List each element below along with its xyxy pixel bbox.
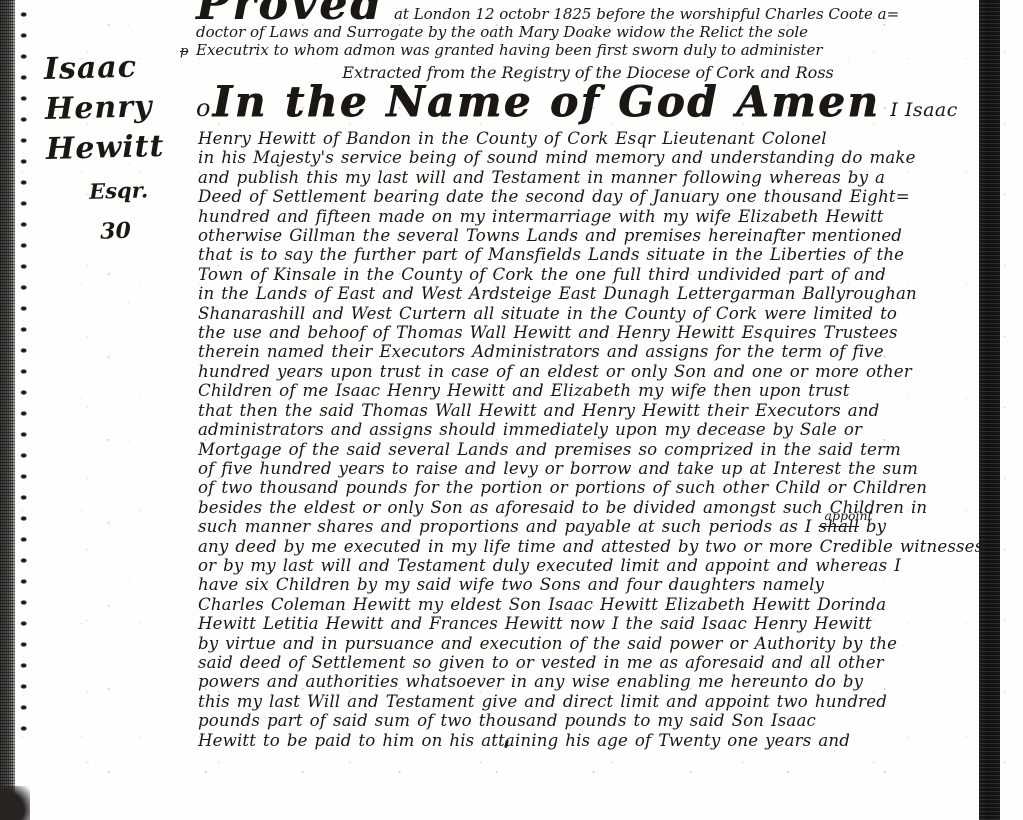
probate-line: doctor of Laws and Surrogate by the oath… <box>196 23 980 41</box>
manuscript-line: hundred years upon trust in case of an e… <box>198 362 978 381</box>
manuscript-line: Shanarashill and West Curtern all situat… <box>198 304 978 323</box>
will-body-text: Henry Hewitt of Bandon in the County of … <box>198 129 978 750</box>
interlinear-correction: shallappoint <box>819 517 859 536</box>
manuscript-line: Mortgage of the said several Lands and p… <box>198 440 978 459</box>
manuscript-line: Henry Hewitt of Bandon in the County of … <box>198 129 978 148</box>
manuscript-line: in his Majesty's service being of sound … <box>198 148 978 167</box>
manuscript-line: Hewitt Letitia Hewitt and Frances Hewitt… <box>198 614 978 633</box>
manuscript-line: pounds part of said sum of two thousand … <box>198 711 978 730</box>
manuscript-line: Deed of Settlement bearing date the seco… <box>198 187 978 206</box>
scan-left-edge <box>0 0 15 820</box>
will-heading: o In the Name of God Amen I Isaac <box>196 80 958 124</box>
probate-line-text: Executrix to whom admon was granted havi… <box>196 41 823 59</box>
manuscript-line: in the Lands of East and West Ardsteige … <box>198 284 978 303</box>
margin-name-line: Henry <box>44 86 195 130</box>
margin-name-line: Isaac <box>43 46 194 90</box>
manuscript-line: hundred and fifteen made on my intermarr… <box>198 207 978 226</box>
probate-line: p Executrix to whom admon was granted ha… <box>196 41 980 59</box>
scan-corner-mark <box>0 786 30 820</box>
manuscript-line: Hewitt to be paid to him on his attainin… <box>198 731 978 750</box>
marginal-mark: p <box>180 43 188 61</box>
manuscript-line: otherwise Gillman the several Towns Land… <box>198 226 978 245</box>
manuscript-line: this my last Will and Testament give and… <box>198 692 978 711</box>
manuscript-line: therein named their Executors Administra… <box>198 342 978 361</box>
heading-continuation: I Isaac <box>890 99 958 121</box>
manuscript-line: have six Children by my said wife two So… <box>198 575 978 594</box>
margin-name-line: Hewitt <box>46 126 197 170</box>
manuscript-line: of two thousand pounds for the portion o… <box>198 478 978 497</box>
manuscript-line: that then the said Thomas Wall Hewitt an… <box>198 401 978 420</box>
manuscript-line: Children of me Isaac Henry Hewitt and El… <box>198 381 978 400</box>
manuscript-line: such manner shares and proportions and p… <box>198 517 978 536</box>
heading-flourish: o <box>196 98 210 118</box>
manuscript-line: Town of Kinsale in the County of Cork th… <box>198 265 978 284</box>
heading-engrossed-text: In the Name of God Amen <box>212 80 880 124</box>
manuscript-line: the use and behoof of Thomas Wall Hewitt… <box>198 323 978 342</box>
manuscript-line: that is to say the further part of Mansf… <box>198 245 978 264</box>
margin-title: Esqr. <box>47 172 198 210</box>
probate-proved-word: Proved <box>196 0 384 22</box>
manuscript-line: and publish this my last will and Testam… <box>198 168 978 187</box>
margin-annotation: Isaac Henry Hewitt Esqr. 30 <box>43 46 198 248</box>
manuscript-text-column: Proved at London 12 octobr 1825 before t… <box>196 0 980 820</box>
margin-folio-number: 30 <box>48 214 199 248</box>
manuscript-line: powers and authorities whatsoever in any… <box>198 672 978 691</box>
probate-note: Proved at London 12 octobr 1825 before t… <box>196 0 980 59</box>
manuscript-line: any deed by me executed in my life time … <box>198 537 978 556</box>
manuscript-line: Charles Coleman Hewitt my eldest Son Isa… <box>198 595 978 614</box>
probate-line: Proved at London 12 octobr 1825 before t… <box>196 0 980 23</box>
manuscript-line: said deed of Settlement so given to or v… <box>198 653 978 672</box>
manuscript-line: administrators and assigns should immedi… <box>198 420 978 439</box>
binding-stitch-holes <box>16 4 30 746</box>
scan-right-edge <box>979 0 1000 820</box>
manuscript-line: by virtue and in pursuance and execution… <box>198 634 978 653</box>
manuscript-line: or by my last will and Testament duly ex… <box>198 556 978 575</box>
manuscript-page: Isaac Henry Hewitt Esqr. 30 Proved at Lo… <box>0 0 1023 820</box>
probate-line-text: at London 12 octobr 1825 before the wors… <box>394 5 899 23</box>
manuscript-line: of five hundred years to raise and levy … <box>198 459 978 478</box>
